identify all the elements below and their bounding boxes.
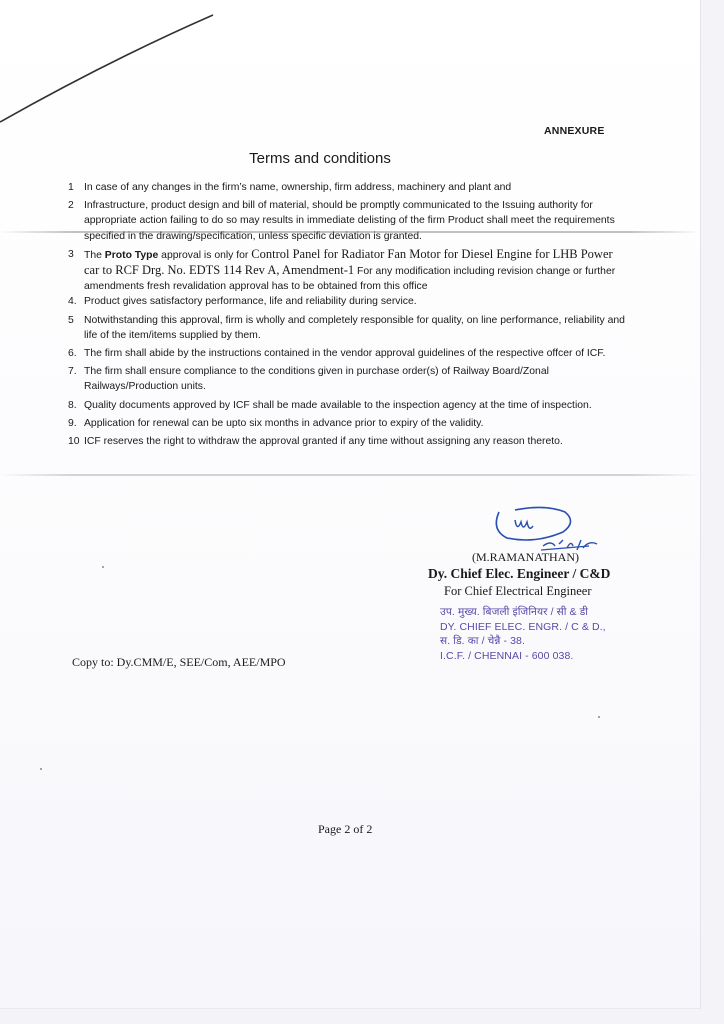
page-title: Terms and conditions: [0, 150, 640, 167]
scan-streak: [0, 231, 700, 233]
term-item: 10 ICF reserves the right to withdraw th…: [66, 434, 626, 449]
annexure-label: ANNEXURE: [544, 125, 605, 137]
term-item: 3 The Proto Type approval is only for Co…: [66, 247, 626, 295]
signatory-for-line: For Chief Electrical Engineer: [444, 584, 592, 599]
scan-streak: [0, 474, 700, 476]
copy-to-line: Copy to: Dy.CMM/E, SEE/Com, AEE/MPO: [72, 655, 286, 670]
term-item: 4. Product gives satisfactory performanc…: [66, 294, 626, 309]
scan-speck: [40, 768, 42, 770]
document-page: ANNEXURE Terms and conditions 1 In case …: [0, 0, 701, 1009]
proto-type-emphasis: Proto Type: [105, 250, 159, 261]
fold-line-mark: [0, 0, 724, 140]
signatory-name: (M.RAMANATHAN): [472, 550, 579, 565]
signatory-designation: Dy. Chief Elec. Engineer / C&D: [428, 566, 610, 582]
term-item: 9. Application for renewal can be upto s…: [66, 416, 626, 431]
term-item: 2 Infrastructure, product design and bil…: [66, 198, 626, 244]
term-item: 6. The firm shall abide by the instructi…: [66, 346, 626, 361]
scan-speck: [102, 566, 104, 568]
terms-list: 1 In case of any changes in the firm’s n…: [66, 180, 626, 449]
term-item: 7. The firm shall ensure compliance to t…: [66, 364, 626, 394]
page-number: Page 2 of 2: [318, 822, 372, 837]
term-item: 1 In case of any changes in the firm’s n…: [66, 180, 626, 195]
official-stamp: उप. मुख्य. बिजली इंजिनियर / सी & डी DY. …: [440, 605, 606, 663]
term-item: 8. Quality documents approved by ICF sha…: [66, 398, 626, 413]
scan-speck: [598, 716, 600, 718]
term-item: 5 Notwithstanding this approval, firm is…: [66, 313, 626, 343]
